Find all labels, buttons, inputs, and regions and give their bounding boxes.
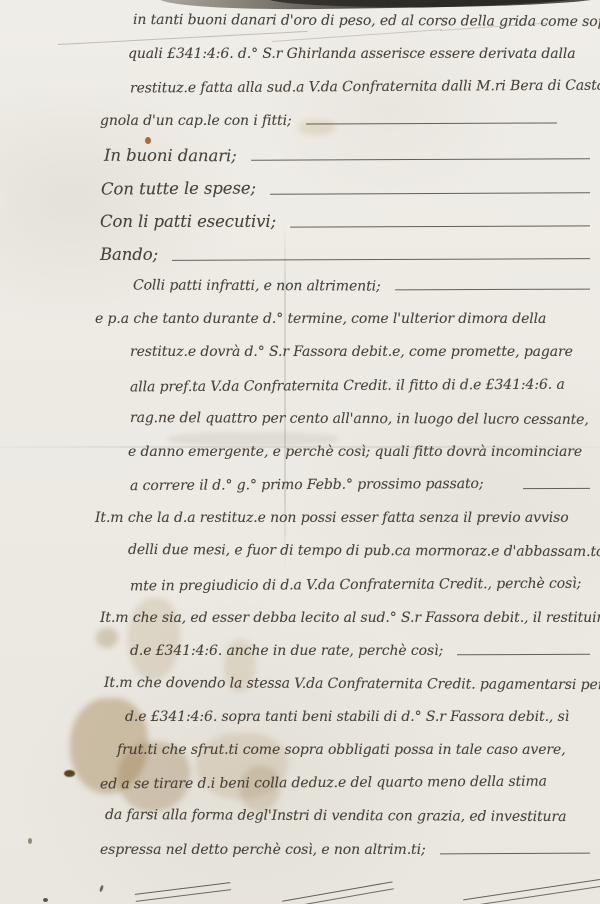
manuscript-line: e danno emergente, e perchè così; quali … bbox=[0, 444, 600, 477]
ruled-line bbox=[440, 841, 590, 854]
line-text: a correre il d.° g.° primo Febb.° prossi… bbox=[130, 476, 484, 494]
line-text: in tanti buoni danari d'oro di peso, ed … bbox=[133, 12, 600, 30]
manuscript-line: espressa nel detto perchè così, e non al… bbox=[0, 842, 600, 875]
line-text: d.e £341:4:6. sopra tanti beni stabili d… bbox=[125, 709, 569, 725]
ink-speck bbox=[43, 898, 48, 902]
ink-speck bbox=[99, 885, 104, 893]
line-text: mte in pregiudicio di d.a V.da Confrater… bbox=[130, 575, 581, 594]
text-block: in tanti buoni danari d'oro di peso, ed … bbox=[0, 13, 600, 875]
line-text: restituz.e dovrà d.° S.r Fassora debit.e… bbox=[130, 344, 573, 360]
ruled-line bbox=[172, 247, 590, 261]
manuscript-line: da farsi alla forma degl'Instri di vendi… bbox=[0, 808, 600, 841]
line-text: rag.ne del quattro per cento all'anno, i… bbox=[130, 410, 589, 428]
line-text: delli due mesi, e fuor di tempo di pub.c… bbox=[128, 542, 600, 560]
manuscript-line: d.e £341:4:6. sopra tanti beni stabili d… bbox=[0, 709, 600, 742]
manuscript-line: a correre il d.° g.° primo Febb.° prossi… bbox=[0, 477, 600, 510]
line-text: e p.a che tanto durante d.° termine, com… bbox=[95, 311, 546, 327]
line-text: Con tutte le spese; bbox=[101, 178, 256, 198]
line-text: In buoni danari; bbox=[104, 145, 237, 165]
manuscript-line: It.m che sia, ed esser debba lecito al s… bbox=[0, 610, 600, 643]
manuscript-line: alla pref.ta V.da Confraternita Credit. … bbox=[0, 378, 600, 411]
line-text: quali £341:4:6. d.° S.r Ghirlanda asseri… bbox=[128, 46, 576, 62]
ruled-line bbox=[457, 642, 590, 655]
manuscript-line: e p.a che tanto durante d.° termine, com… bbox=[0, 311, 600, 344]
line-text: d.e £341:4:6. anche in due rate, perchè … bbox=[130, 643, 443, 659]
line-text: e danno emergente, e perchè così; quali … bbox=[128, 444, 582, 460]
manuscript-line: mte in pregiudicio di d.a V.da Confrater… bbox=[0, 576, 600, 609]
line-text: alla pref.ta V.da Confraternita Credit. … bbox=[130, 376, 565, 395]
line-text: gnola d'un cap.le con i fitti; bbox=[100, 113, 292, 129]
flourish-underline bbox=[135, 882, 231, 902]
ruled-line bbox=[251, 148, 590, 162]
manuscript-line: gnola d'un cap.le con i fitti; bbox=[0, 112, 600, 145]
manuscript-line: Con li patti esecutivi; bbox=[0, 212, 600, 245]
ruled-line bbox=[523, 477, 590, 489]
ruled-line bbox=[306, 112, 557, 125]
line-text: restituz.e fatta alla sud.a V.da Confrat… bbox=[130, 78, 600, 97]
flourish-underline bbox=[463, 879, 600, 904]
manuscript-line: rag.ne del quattro per cento all'anno, i… bbox=[0, 411, 600, 444]
line-text: It.m che dovendo la stessa V.da Confrate… bbox=[104, 675, 600, 693]
ruled-line bbox=[270, 181, 590, 195]
ruled-line bbox=[395, 278, 590, 291]
manuscript-line: Bando; bbox=[0, 245, 600, 278]
manuscript-line: quali £341:4:6. d.° S.r Ghirlanda asseri… bbox=[0, 46, 600, 79]
manuscript-line: restituz.e fatta alla sud.a V.da Confrat… bbox=[0, 79, 600, 112]
manuscript-line: ed a se tirare d.i beni colla deduz.e de… bbox=[0, 775, 600, 808]
line-text: espressa nel detto perchè così, e non al… bbox=[100, 842, 426, 858]
manuscript-line: delli due mesi, e fuor di tempo di pub.c… bbox=[0, 543, 600, 576]
manuscript-line: frut.ti che sfrut.ti come sopra obbligat… bbox=[0, 742, 600, 775]
line-text: It.m che la d.a restituz.e non possi ess… bbox=[95, 510, 569, 526]
manuscript-line: It.m che dovendo la stessa V.da Confrate… bbox=[0, 676, 600, 709]
flourish-underline bbox=[282, 881, 394, 904]
manuscript-line: restituz.e dovrà d.° S.r Fassora debit.e… bbox=[0, 344, 600, 377]
ruled-line bbox=[290, 214, 590, 227]
line-text: ed a se tirare d.i beni colla deduz.e de… bbox=[100, 774, 547, 793]
manuscript-line: It.m che la d.a restituz.e non possi ess… bbox=[0, 510, 600, 543]
line-text: It.m che sia, ed esser debba lecito al s… bbox=[100, 610, 600, 626]
line-text: da farsi alla forma degl'Instri di vendi… bbox=[105, 807, 566, 825]
manuscript-page: in tanti buoni danari d'oro di peso, ed … bbox=[0, 0, 600, 904]
manuscript-line: In buoni danari; bbox=[0, 146, 600, 179]
line-text: Colli patti infratti, e non altrimenti; bbox=[133, 278, 381, 295]
manuscript-line: d.e £341:4:6. anche in due rate, perchè … bbox=[0, 643, 600, 676]
line-text: frut.ti che sfrut.ti come sopra obbligat… bbox=[117, 742, 566, 758]
manuscript-line: Con tutte le spese; bbox=[0, 179, 600, 212]
line-text: Bando; bbox=[100, 245, 158, 264]
manuscript-line: Colli patti infratti, e non altrimenti; bbox=[0, 278, 600, 311]
line-text: Con li patti esecutivi; bbox=[100, 212, 276, 231]
manuscript-line: in tanti buoni danari d'oro di peso, ed … bbox=[0, 13, 600, 46]
